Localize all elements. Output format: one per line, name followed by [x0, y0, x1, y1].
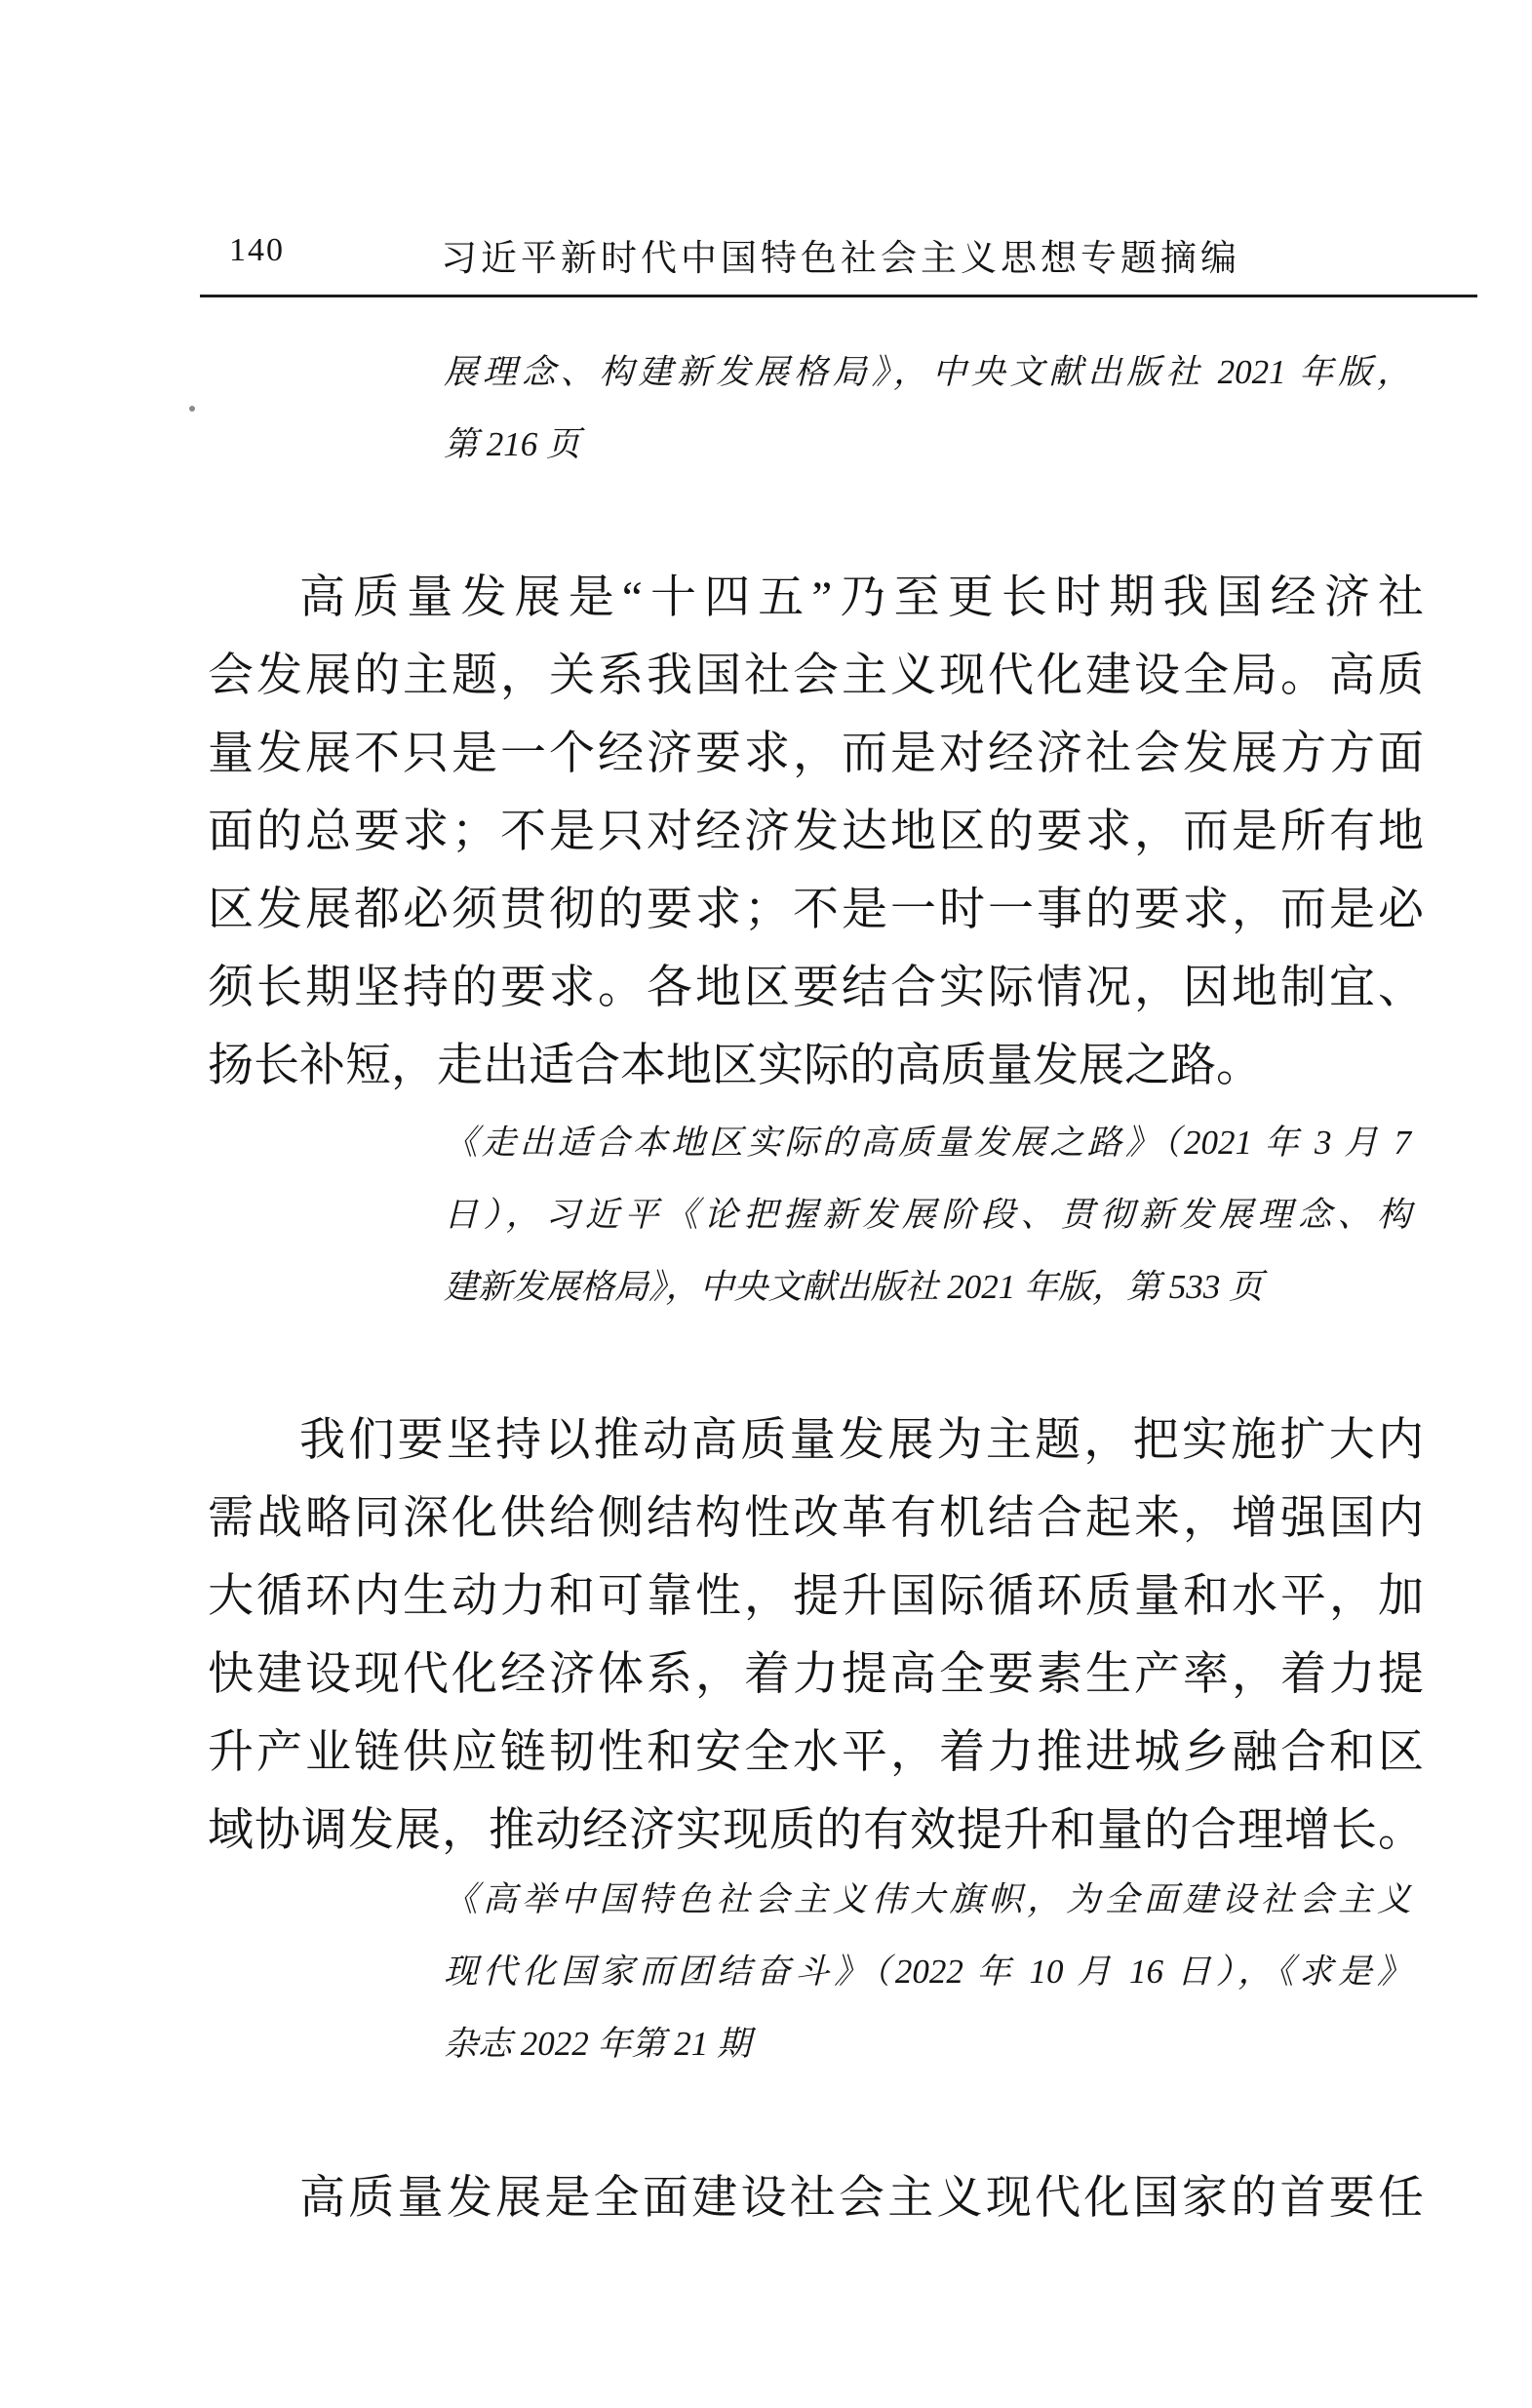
citation-line: 日），习近平《论把握新发展阶段、贯彻新发展理念、构	[444, 1179, 1411, 1251]
body-line: 高质量发展是全面建设社会主义现代化国家的首要任	[208, 2159, 1424, 2237]
header-rule	[200, 295, 1477, 297]
page-number: 140	[229, 232, 285, 269]
body-paragraph-3: 高质量发展是全面建设社会主义现代化国家的首要任	[208, 2159, 1424, 2237]
book-page: 140 习近平新时代中国特色社会主义思想专题摘编 展理念、构建新发展格局》，中央…	[0, 0, 1532, 2408]
body-line: 快建设现代化经济体系，着力提高全要素生产率，着力提	[208, 1636, 1424, 1714]
body-line: 高质量发展是“十四五”乃至更长时期我国经济社	[208, 559, 1424, 637]
body-paragraph-2: 我们要坚持以推动高质量发展为主题，把实施扩大内 需战略同深化供给侧结构性改革有机…	[208, 1401, 1424, 1870]
body-line: 面的总要求；不是只对经济发达地区的要求，而是所有地	[208, 793, 1424, 871]
citation-block-2: 《走出适合本地区实际的高质量发展之路》（2021 年 3 月 7 日），习近平《…	[444, 1107, 1411, 1323]
citation-line: 《高举中国特色社会主义伟大旗帜，为全面建设社会主义	[444, 1864, 1411, 1936]
body-line: 区发展都必须贯彻的要求；不是一时一事的要求，而是必	[208, 871, 1424, 949]
body-line: 我们要坚持以推动高质量发展为主题，把实施扩大内	[208, 1401, 1424, 1480]
citation-block-3: 《高举中国特色社会主义伟大旗帜，为全面建设社会主义 现代化国家而团结奋斗》（20…	[444, 1864, 1411, 2080]
ink-speck-artifact	[189, 406, 195, 412]
citation-line: 杂志 2022 年第 21 期	[444, 2008, 1411, 2080]
citation-line: 建新发展格局》，中央文献出版社 2021 年版，第 533 页	[444, 1251, 1411, 1323]
body-line: 扬长补短，走出适合本地区实际的高质量发展之路。	[208, 1027, 1424, 1105]
citation-line: 第 216 页	[444, 409, 1411, 481]
body-line: 须长期坚持的要求。各地区要结合实际情况，因地制宜、	[208, 949, 1424, 1027]
body-line: 升产业链供应链韧性和安全水平，着力推进城乡融合和区	[208, 1714, 1424, 1792]
body-line: 需战略同深化供给侧结构性改革有机结合起来，增强国内	[208, 1480, 1424, 1558]
citation-line: 《走出适合本地区实际的高质量发展之路》（2021 年 3 月 7	[444, 1107, 1411, 1179]
running-header-title: 习近平新时代中国特色社会主义思想专题摘编	[441, 228, 1240, 281]
citation-line: 展理念、构建新发展格局》，中央文献出版社 2021 年版，	[444, 336, 1411, 409]
citation-block-1: 展理念、构建新发展格局》，中央文献出版社 2021 年版， 第 216 页	[444, 336, 1411, 481]
body-line: 大循环内生动力和可靠性，提升国际循环质量和水平，加	[208, 1558, 1424, 1636]
citation-line: 现代化国家而团结奋斗》（2022 年 10 月 16 日），《求是》	[444, 1936, 1411, 2008]
body-line: 量发展不只是一个经济要求，而是对经济社会发展方方面	[208, 715, 1424, 793]
body-paragraph-1: 高质量发展是“十四五”乃至更长时期我国经济社 会发展的主题，关系我国社会主义现代…	[208, 559, 1424, 1105]
body-line: 会发展的主题，关系我国社会主义现代化建设全局。高质	[208, 637, 1424, 715]
body-line: 域协调发展，推动经济实现质的有效提升和量的合理增长。	[208, 1792, 1424, 1870]
